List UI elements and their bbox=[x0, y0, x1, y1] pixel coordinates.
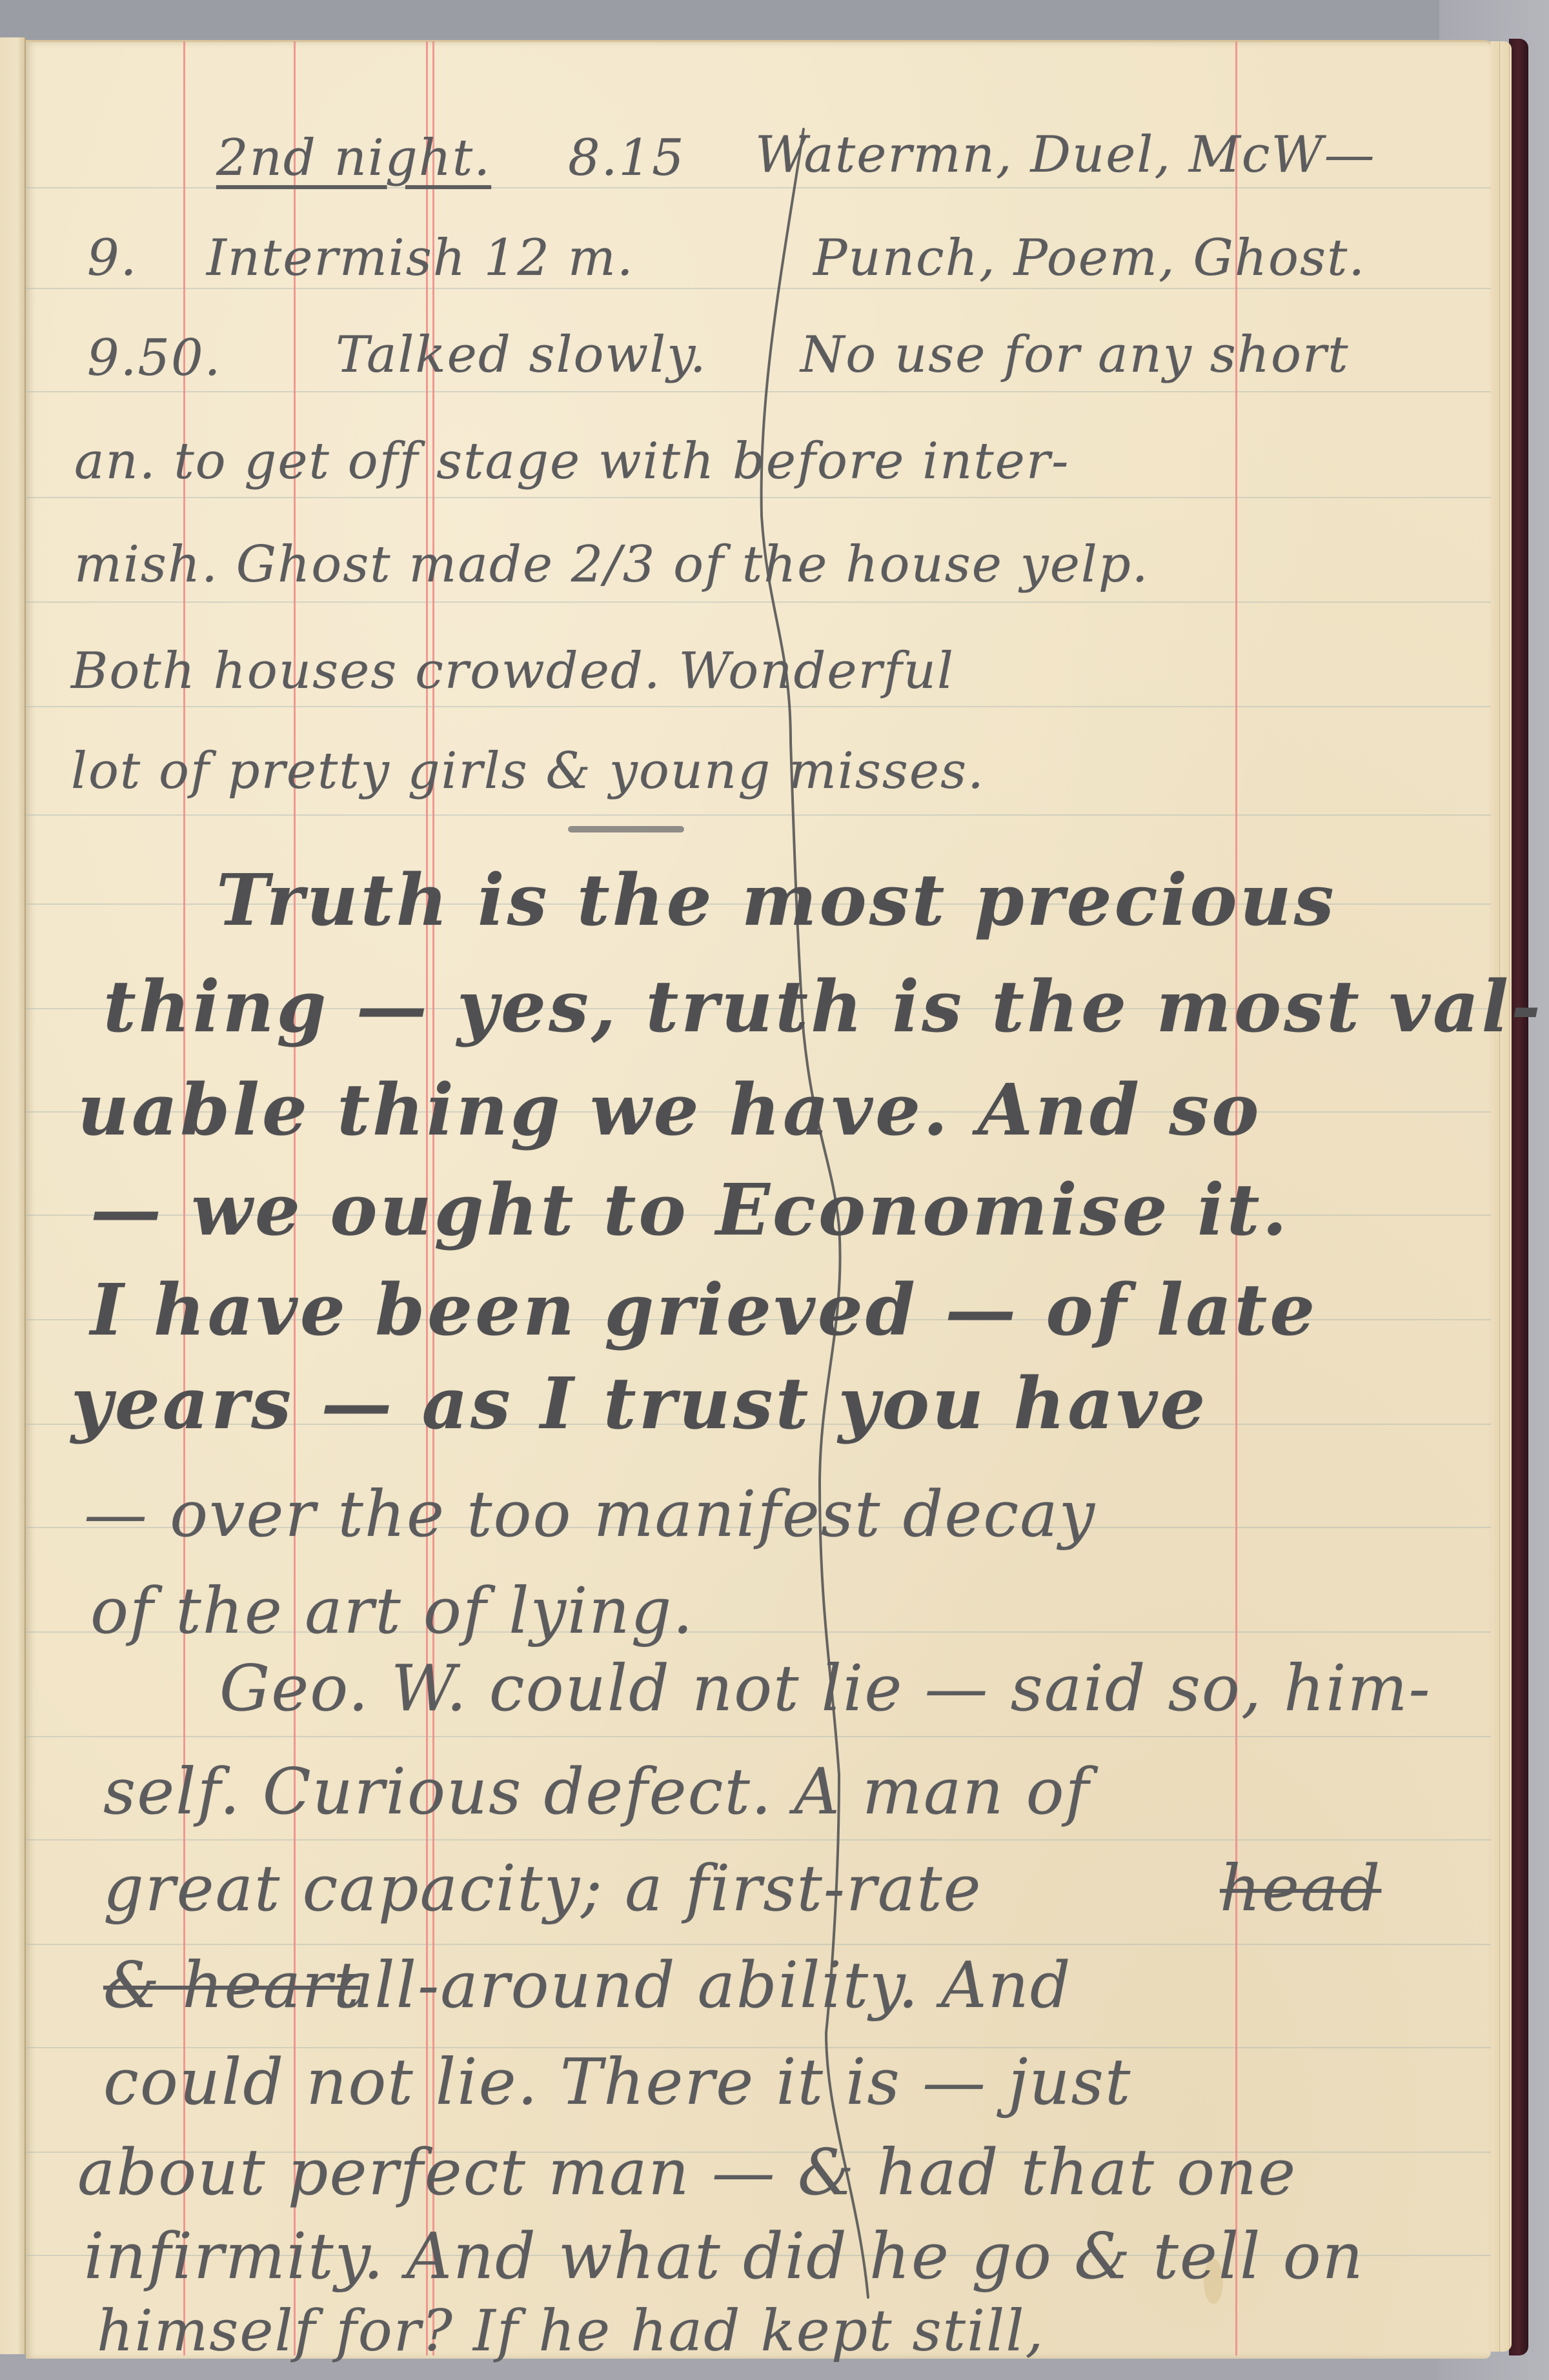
entry-1-line-2-left: 9. bbox=[87, 229, 137, 287]
entry-3-line-4-struck: & heart bbox=[103, 1949, 360, 2022]
entry-3-line-4: all-around ability. And bbox=[336, 1949, 1071, 2022]
ruled-line bbox=[26, 288, 1491, 289]
entry-3-line-3: great capacity; a first-rate bbox=[103, 1852, 982, 1926]
entry-1-line-2-right: Punch, Poem, Ghost. bbox=[813, 229, 1366, 287]
entry-1-line-5: mish. Ghost made 2/3 of the house yelp. bbox=[74, 536, 1149, 594]
entry-2-line-5: I have been grieved — of late bbox=[90, 1268, 1317, 1351]
ruled-line bbox=[26, 187, 1491, 188]
ruled-line bbox=[26, 814, 1491, 816]
entry-3-line-3-struck: head bbox=[1220, 1852, 1381, 1926]
entry-2-line-7: — over the too manifest decay bbox=[84, 1478, 1096, 1551]
entry-1-line-3-left: 9.50. bbox=[87, 329, 221, 387]
entry-2-line-2: thing — yes, truth is the most val- bbox=[103, 965, 1543, 1048]
entry-3-line-8: himself for? If he had kept still, bbox=[97, 2297, 1044, 2364]
ruled-line bbox=[26, 1736, 1491, 1737]
ruled-line bbox=[26, 706, 1491, 707]
entry-1-line-2-mid: Intermish 12 m. bbox=[207, 229, 634, 287]
entry-3-line-7: infirmity. And what did he go & tell on bbox=[84, 2220, 1364, 2294]
entry-1-line-4: an. to get off stage with before inter- bbox=[74, 432, 1069, 490]
entry-1-line-6: Both houses crowded. Wonderful bbox=[71, 642, 955, 700]
section-separator bbox=[568, 826, 684, 832]
entry-2-line-1: Truth is the most precious bbox=[216, 858, 1337, 942]
entry-1-line-1-right: Watermn, Duel, McW— bbox=[755, 126, 1376, 184]
ruled-line bbox=[26, 391, 1491, 392]
entry-2-line-3: uable thing we have. And so bbox=[77, 1068, 1262, 1151]
ruled-line bbox=[26, 601, 1491, 603]
entry-2-line-6: years — as I trust you have bbox=[71, 1362, 1208, 1445]
entry-3-line-5: could not lie. There it is — just bbox=[103, 2046, 1131, 2119]
entry-1-line-1-left: 2nd night. bbox=[216, 129, 491, 187]
entry-1-line-1-mid: 8.15 bbox=[568, 129, 685, 187]
background-top bbox=[0, 0, 1549, 39]
previous-page-edge bbox=[0, 37, 26, 2354]
ruled-line bbox=[26, 1944, 1491, 1945]
entry-3-line-2: self. Curious defect. A man of bbox=[103, 1755, 1090, 1829]
entry-3-line-1: Geo. W. could not lie — said so, him- bbox=[219, 1652, 1432, 1726]
ruled-line bbox=[26, 497, 1491, 498]
entry-2-line-4: — we ought to Economise it. bbox=[90, 1168, 1290, 1251]
entry-1-line-3-mid: Talked slowly. bbox=[336, 326, 707, 384]
ruled-line bbox=[26, 1839, 1491, 1840]
entry-2-line-8: of the art of lying. bbox=[90, 1575, 694, 1648]
entry-3-line-6: about perfect man — & had that one bbox=[77, 2136, 1297, 2210]
notebook-cover-edge bbox=[1509, 39, 1528, 2355]
entry-1-line-7: lot of pretty girls & young misses. bbox=[71, 742, 985, 800]
entry-1-line-3-right: No use for any short bbox=[800, 326, 1350, 384]
